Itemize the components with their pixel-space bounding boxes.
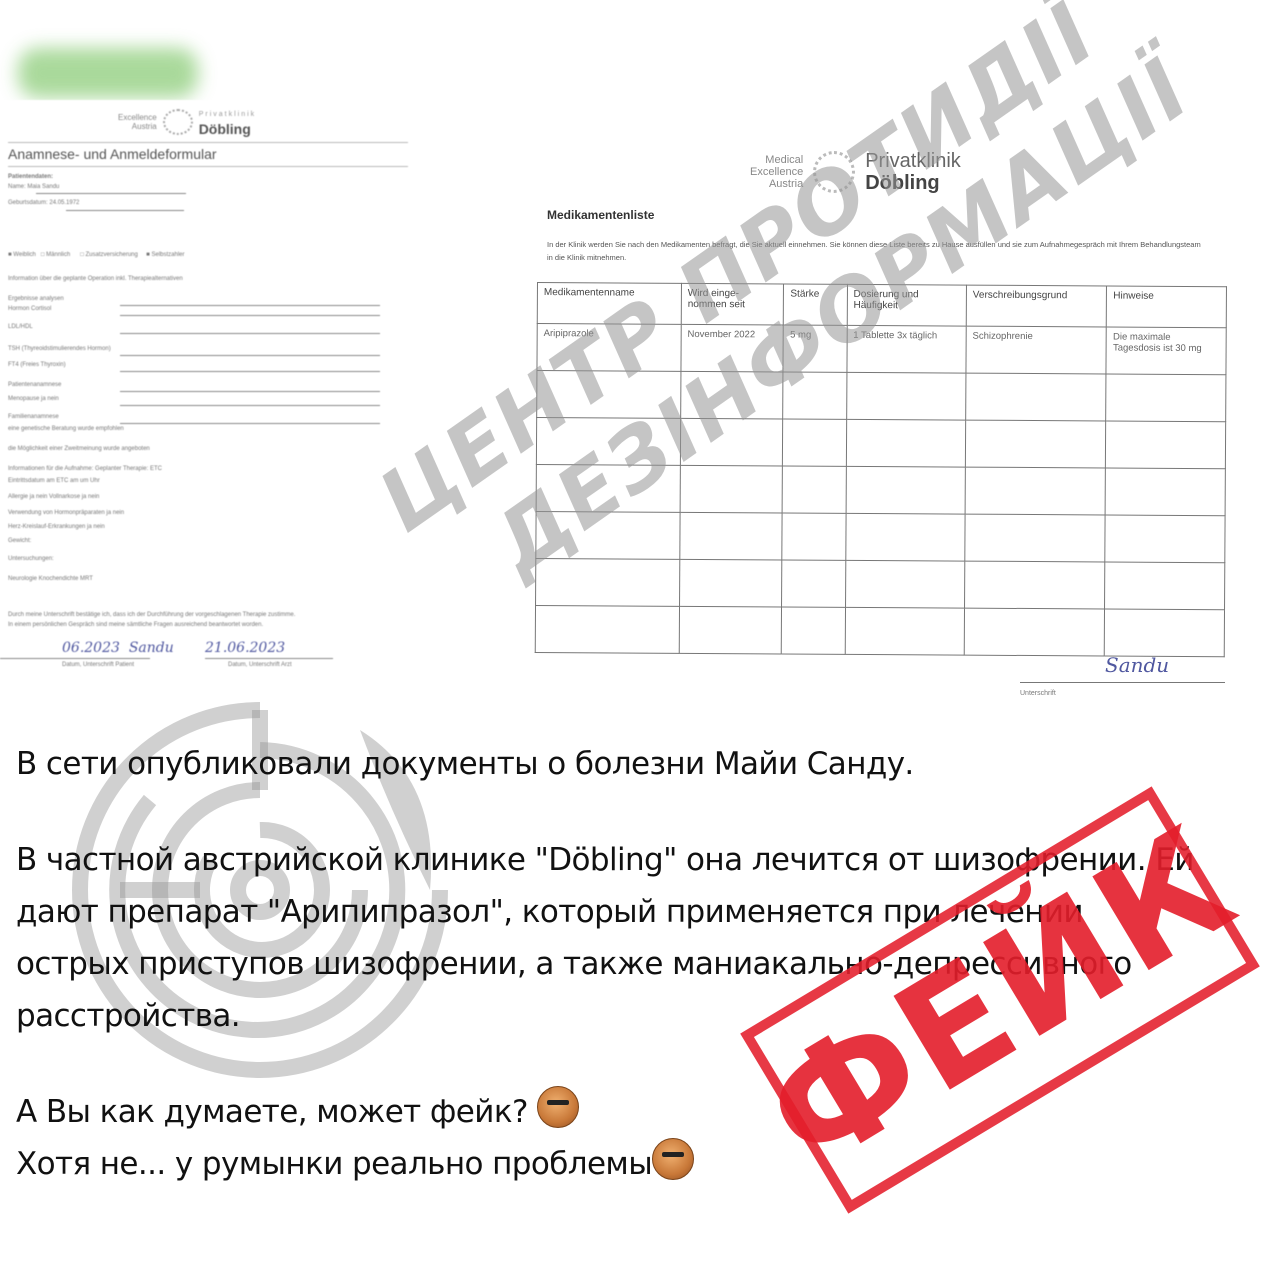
table-cell (845, 607, 965, 655)
post-paragraph-3-line-1: А Вы как думаете, может фейк? (16, 1086, 1266, 1138)
form-line: Ergebnisse analysen (8, 296, 64, 302)
table-cell (845, 513, 965, 561)
table-cell (964, 561, 1105, 609)
form-line: TSH (Thyreoidstimulierendes Hormon) (8, 346, 111, 352)
form-line: In einem persönlichen Gespräch sind mein… (8, 622, 263, 628)
form-line: Menopause ja nein (8, 396, 59, 402)
form-line: Patientenanamnese (8, 382, 61, 388)
divider (8, 166, 408, 167)
table-cell (965, 514, 1106, 562)
table-cell: Schizophrenie (966, 326, 1107, 374)
laughing-bear-emoji-icon (652, 1138, 694, 1180)
table-cell (679, 559, 782, 607)
post-paragraph-3-line-2: Хотя не... у румынки реально проблемы (16, 1138, 1266, 1190)
form-line: Durch meine Unterschrift bestätige ich, … (8, 612, 295, 618)
anamnese-form-document: Excellence Austria PrivatklinikDöbling A… (0, 100, 420, 740)
form-line: Familienanamnese (8, 414, 59, 420)
form-line: Neurologie Knochendichte MRT (8, 576, 93, 582)
doctor-signature: 21.06.2023 (205, 640, 285, 656)
table-row (535, 605, 1224, 656)
table-cell (1105, 515, 1225, 563)
medication-list-heading: Medikamentenliste (547, 208, 654, 222)
column-header: Hinweise (1107, 286, 1227, 328)
birthdate-field: Geburtsdatum: 24.05.1972 (8, 200, 79, 206)
table-cell (846, 419, 966, 467)
table-cell (965, 467, 1106, 515)
blurred-channel-name (18, 48, 198, 98)
clinic-swirl-icon (163, 109, 193, 135)
form-line: Allergie ja nein Vollnarkose ja nein (8, 494, 99, 500)
table-cell: Die maximale Tagesdosis ist 30 mg (1106, 327, 1226, 375)
table-row (536, 558, 1225, 609)
form-line: Informationen für die Aufnahme: Geplante… (8, 466, 162, 472)
form-line: Gewicht: (8, 538, 31, 544)
thinking-bear-emoji-icon (537, 1086, 579, 1128)
column-header: Verschreibungsgrund (966, 285, 1107, 327)
table-cell (679, 606, 782, 654)
patient-signature: 06.2023 Sandu (62, 640, 174, 656)
table-cell (1106, 374, 1226, 422)
table-cell (535, 605, 679, 653)
table-cell (964, 608, 1105, 656)
table-cell (782, 513, 845, 560)
table-cell (783, 419, 846, 466)
post-paragraph-1: В сети опубликовали документы о болезни … (16, 738, 1266, 790)
table-cell (1105, 609, 1225, 657)
clinic-logo: Excellence Austria PrivatklinikDöbling (118, 108, 256, 136)
table-cell (965, 420, 1106, 468)
form-line: Untersuchungen: (8, 556, 54, 562)
table-cell (680, 512, 783, 560)
form-line: Eintrittsdatum am ETC am um Uhr (8, 478, 100, 484)
table-cell (783, 466, 846, 513)
form-line: Verwendung von Hormonpräparaten ja nein (8, 510, 124, 516)
form-title: Anamnese- und Anmeldeformular (8, 146, 217, 162)
form-line: Hormon Cortisol (8, 306, 51, 312)
table-row (536, 511, 1225, 562)
table-cell (966, 373, 1107, 421)
name-field: Name: Maia Sandu (8, 184, 59, 190)
form-line: die Möglichkeit einer Zweitmeinung wurde… (8, 446, 150, 452)
table-cell (845, 560, 965, 608)
table-cell (1106, 421, 1226, 469)
table-cell (846, 466, 966, 514)
table-cell (846, 372, 966, 420)
options-row: ■ Weiblich □ Männlich □ Zusatzversicheru… (8, 252, 185, 258)
form-line: Herz-Kreislauf-Erkrankungen ja nein (8, 524, 105, 530)
table-cell (782, 560, 845, 607)
signature: Sandu (1105, 653, 1169, 677)
divider (8, 142, 408, 143)
table-cell (1105, 562, 1225, 610)
table-cell (782, 607, 845, 654)
table-cell (1105, 468, 1225, 516)
form-line: FT4 (Freies Thyroxin) (8, 362, 66, 368)
form-line: eine genetische Beratung wurde empfohlen (8, 426, 124, 432)
form-line: Information über die geplante Operation … (8, 276, 183, 282)
form-line: LDL/HDL (8, 324, 33, 330)
